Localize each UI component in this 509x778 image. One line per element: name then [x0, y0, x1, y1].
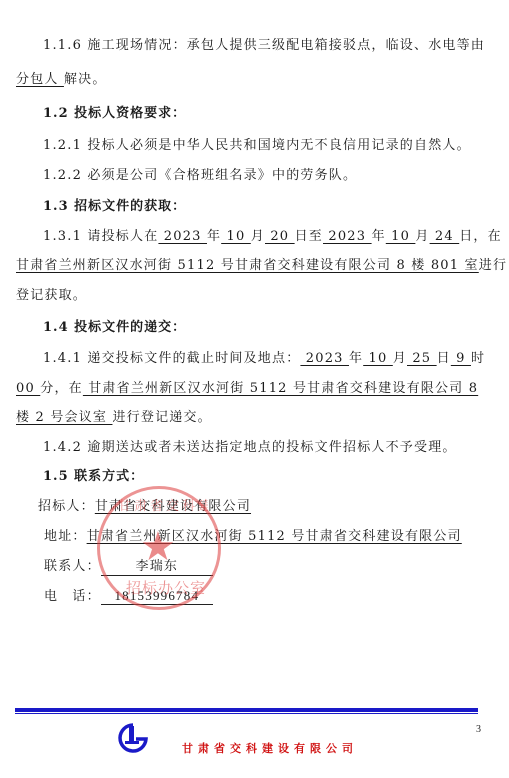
para-1-4-1-end: 楼 2 号会议室 进行登记递交。 [16, 410, 212, 426]
deadline-minute: 00 [16, 381, 40, 396]
footer-company-name: 甘肃省交科建设有限公司 [182, 740, 358, 756]
end-year: 2023 [323, 229, 372, 244]
para-1-1-6-cont: 分包人 解决。 [16, 72, 107, 88]
start-month: 10 [221, 229, 251, 244]
contact-phone: 电 话：18153996784 [44, 588, 213, 605]
heading-1-2: 1.2 投标人资格要求： [43, 106, 186, 122]
end-day: 24 [430, 229, 460, 244]
footer-rule-thick [15, 708, 478, 712]
para-1-3-1: 1.3.1 请投标人在 2023 年 10 月 20 日至 2023 年 10 … [43, 229, 502, 245]
heading-1-4: 1.4 投标文件的递交： [43, 320, 186, 336]
page-number: 3 [476, 724, 481, 735]
end-month: 10 [386, 229, 416, 244]
submission-address: 甘肃省兰州新区汉水河街 5112 号甘肃省交科建设有限公司 8 [83, 381, 478, 396]
start-year: 2023 [158, 229, 207, 244]
para-1-2-1: 1.2.1 投标人必须是中华人民共和国境内无不良信用记录的自然人。 [43, 138, 471, 154]
deadline-day: 25 [407, 351, 437, 366]
para-1-4-2: 1.4.2 逾期送达或者未送达指定地点的投标文件招标人不予受理。 [43, 440, 457, 456]
subcontractor-field: 分包人 [16, 72, 64, 87]
heading-1-5: 1.5 联系方式： [43, 469, 144, 485]
person-value: 李瑞东 [101, 559, 213, 576]
deadline-month: 10 [363, 351, 393, 366]
company-logo-icon [117, 722, 149, 754]
contact-address: 地址：甘肃省兰州新区汉水河街 5112 号甘肃省交科建设有限公司 [44, 529, 462, 545]
footer-rule-thin [15, 713, 478, 714]
para-1-3-1-end: 登记获取。 [16, 288, 87, 304]
tenderer-value: 甘肃省交科建设有限公司 [95, 499, 251, 514]
deadline-year: 2023 [300, 351, 349, 366]
submission-room: 楼 2 号会议室 [16, 410, 112, 425]
heading-1-3: 1.3 招标文件的获取： [43, 199, 186, 215]
para-1-3-1-addr: 甘肃省兰州新区汉水河街 5112 号甘肃省交科建设有限公司 8 楼 801 室进… [16, 258, 507, 274]
address-value: 甘肃省兰州新区汉水河街 5112 号甘肃省交科建设有限公司 [87, 529, 462, 544]
contact-tenderer: 招标人：甘肃省交科建设有限公司 [38, 499, 251, 515]
para-1-1-6: 1.1.6 施工现场情况：承包人提供三级配电箱接驳点，临设、水电等由 [43, 38, 485, 54]
phone-value: 18153996784 [101, 588, 213, 605]
deadline-hour: 9 [451, 351, 471, 366]
para-1-4-1: 1.4.1 递交投标文件的截止时间及地点： 2023 年 10 月 25 日 9… [43, 351, 485, 367]
para-1-4-1-cont: 00 分，在 甘肃省兰州新区汉水河街 5112 号甘肃省交科建设有限公司 8 [16, 381, 478, 397]
contact-person: 联系人：李瑞东 [44, 559, 213, 576]
para-1-2-2: 1.2.2 必须是公司《合格班组名录》中的劳务队。 [43, 168, 357, 184]
start-day: 20 [265, 229, 295, 244]
registration-address: 甘肃省兰州新区汉水河街 5112 号甘肃省交科建设有限公司 8 楼 801 室 [16, 258, 479, 273]
